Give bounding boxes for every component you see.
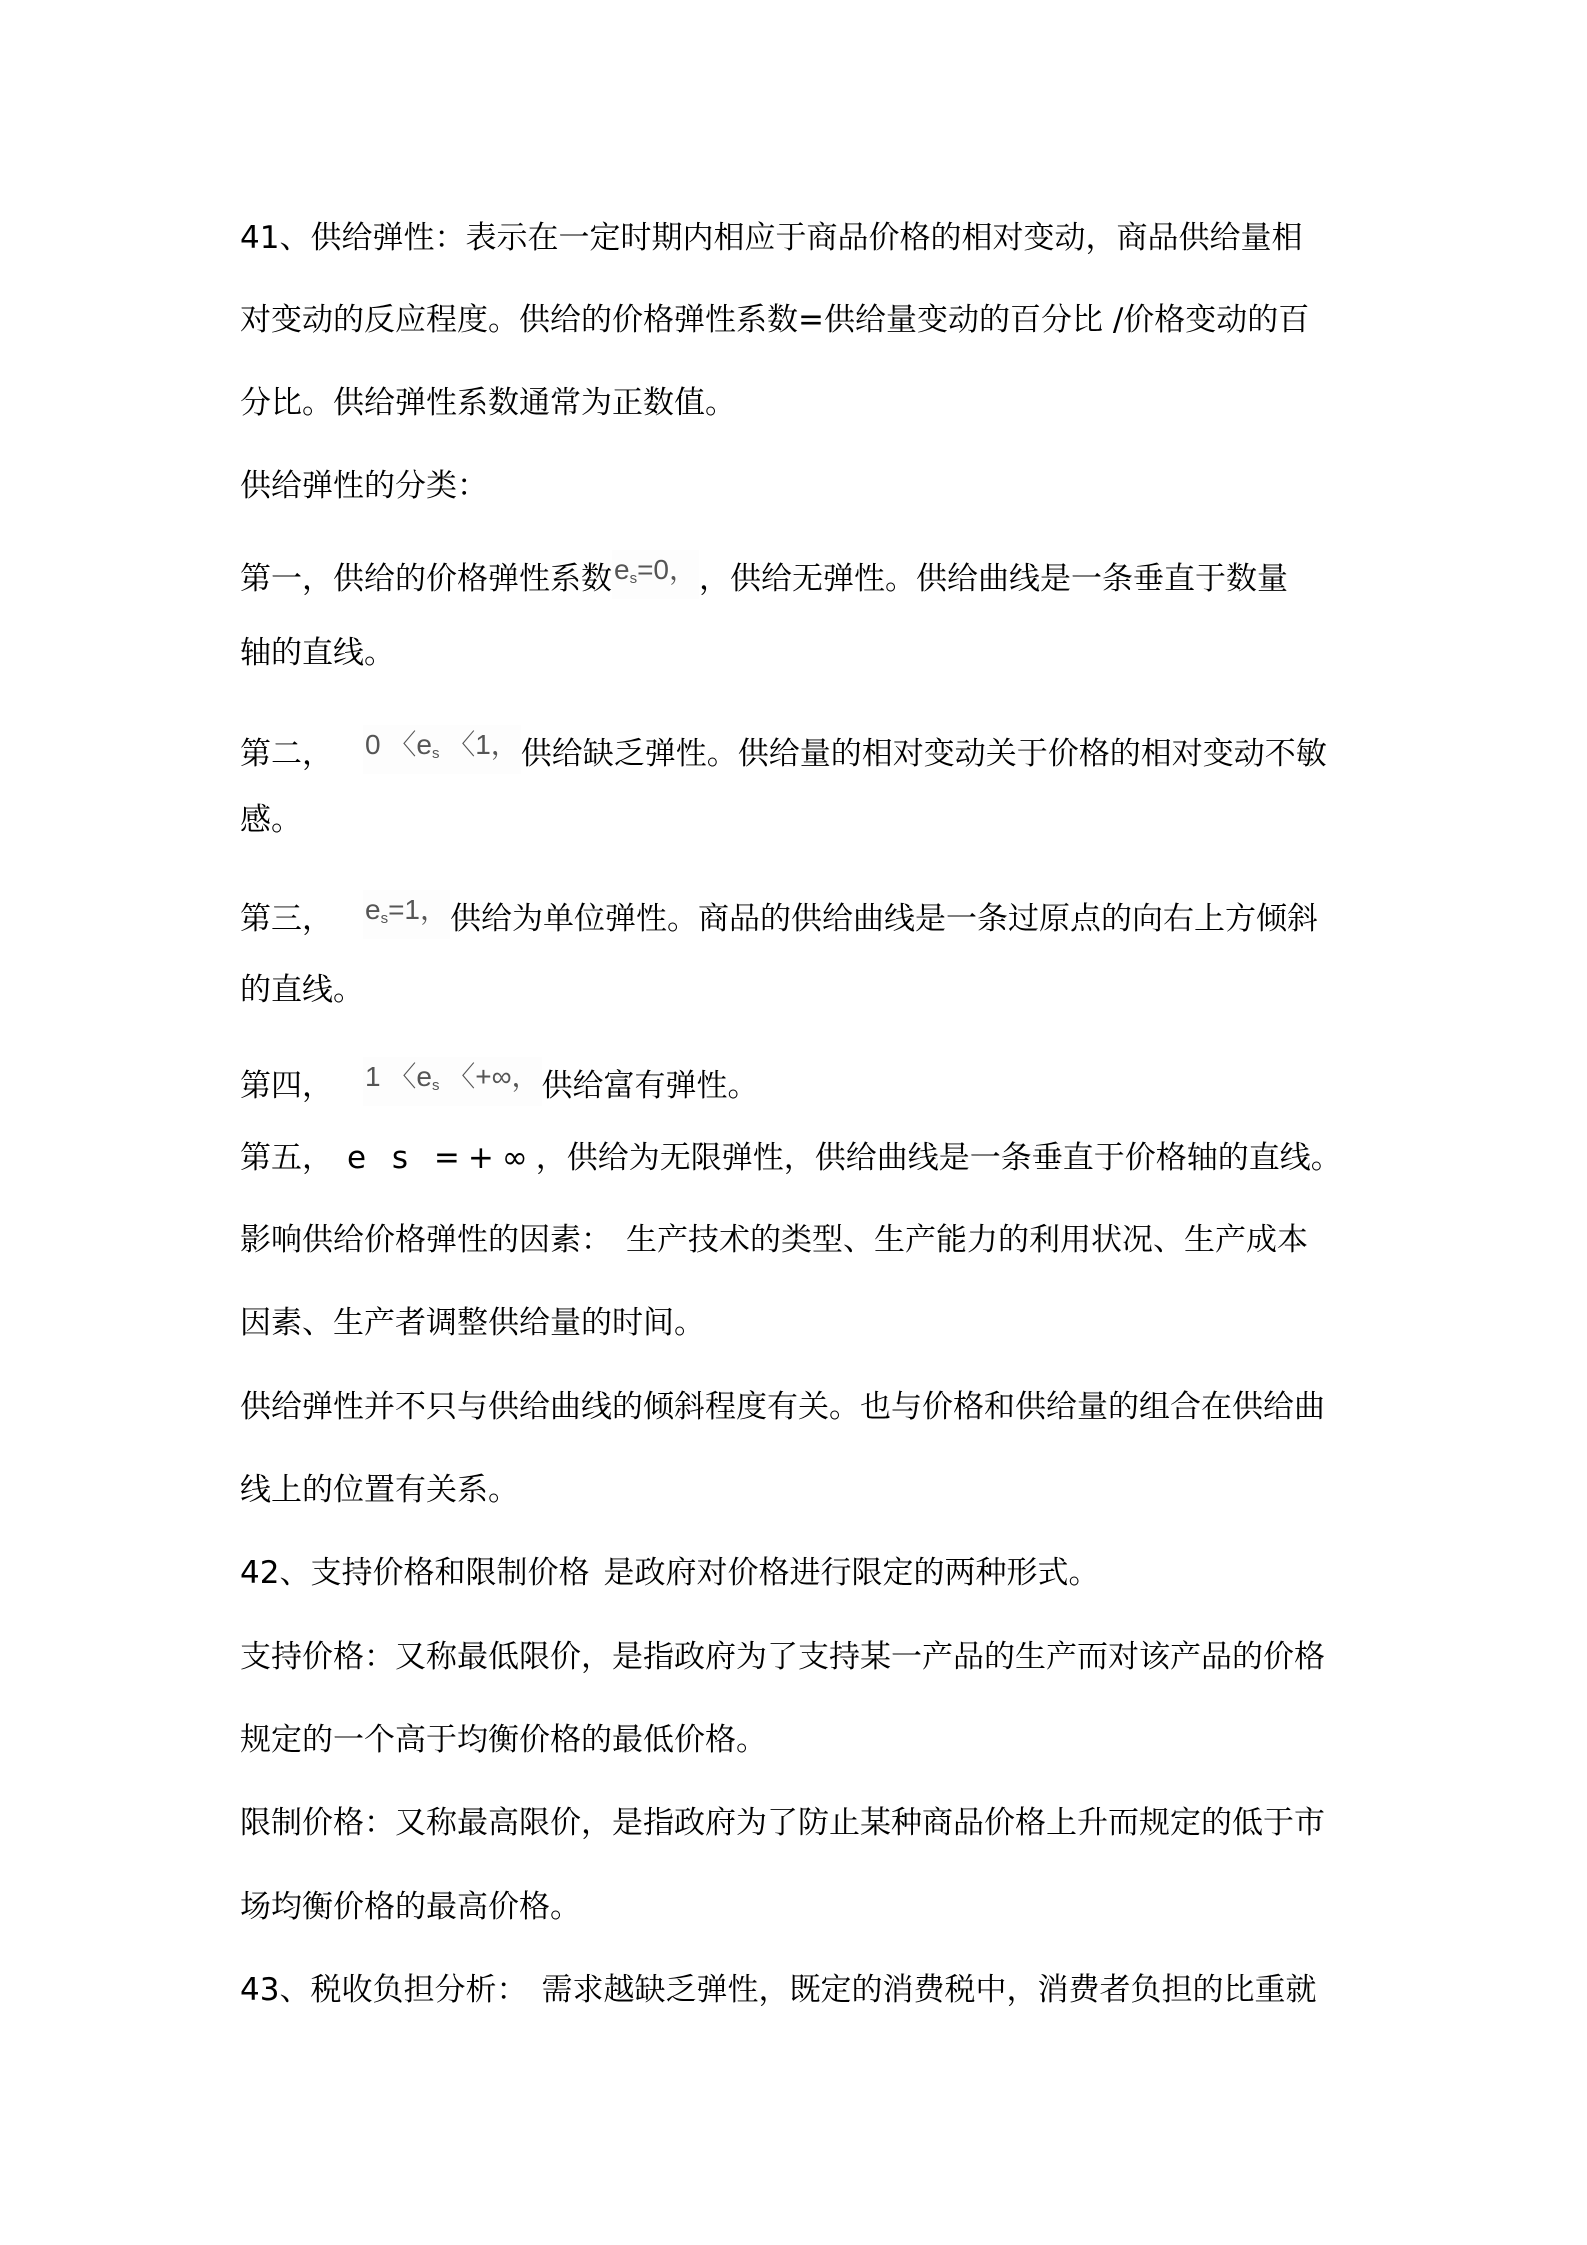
item-2-prefix: 第二， — [240, 736, 333, 772]
formula-1-lt-es-lt-infinity: 1 〈es 〈+∞， — [363, 1057, 542, 1106]
formula-text: e — [614, 554, 630, 585]
classification-item-2-cont: 感。 — [240, 800, 302, 840]
classification-item-2: 第二，0 〈es 〈1，供给缺乏弹性。供给量的相对变动关于价格的相对变动不敏 — [240, 725, 1327, 774]
classification-item-1-cont: 轴的直线。 — [240, 633, 395, 673]
formula-0-lt-es-lt-1: 0 〈es 〈1， — [363, 725, 521, 774]
support-price-line-1: 支持价格：又称最低限价，是指政府为了支持某一产品的生产而对该产品的价格 — [240, 1637, 1325, 1677]
heading-42-prefix: 42、支持价格和限制价格 — [240, 1555, 589, 1591]
elasticity-note-line-1: 供给弹性并不只与供给曲线的倾斜程度有关。也与价格和供给量的组合在供给曲 — [240, 1387, 1325, 1427]
item-1-prefix: 第一，供给的价格弹性系数 — [240, 561, 612, 597]
formula-es-equals-1: es=1， — [363, 890, 450, 939]
classification-item-3-cont: 的直线。 — [240, 970, 364, 1010]
factors-list: 生产技术的类型、生产能力的利用状况、生产成本 — [626, 1222, 1308, 1258]
item-5-prefix: 第五， — [240, 1140, 333, 1176]
item-2-suffix: 供给缺乏弹性。供给量的相对变动关于价格的相对变动不敏 — [521, 736, 1327, 772]
factors-line-2: 因素、生产者调整供给量的时间。 — [240, 1303, 705, 1343]
elasticity-note-line-2: 线上的位置有关系。 — [240, 1470, 519, 1510]
classification-heading: 供给弹性的分类： — [240, 466, 488, 506]
factors-line-1: 影响供给价格弹性的因素：生产技术的类型、生产能力的利用状况、生产成本 — [240, 1220, 1308, 1260]
heading-43-suffix: 需求越缺乏弹性，既定的消费税中，消费者负担的比重就 — [541, 1972, 1316, 2008]
item-3-prefix: 第三， — [240, 901, 333, 937]
item-4-prefix: 第四， — [240, 1068, 333, 1104]
factors-label: 影响供给价格弹性的因素： — [240, 1222, 612, 1258]
paragraph-41-line-3: 分比。供给弹性系数通常为正数值。 — [240, 383, 736, 423]
classification-item-5: 第五，e s =+∞，供给为无限弹性，供给曲线是一条垂直于价格轴的直线。 — [240, 1138, 1342, 1178]
formula-es-infinity: e s =+∞ — [347, 1140, 536, 1176]
formula-text: 0 〈e — [365, 729, 432, 760]
classification-item-1: 第一，供给的价格弹性系数es=0，，供给无弹性。供给曲线是一条垂直于数量 — [240, 550, 1288, 599]
formula-text: =0， — [637, 554, 697, 585]
item-1-suffix: ，供给无弹性。供给曲线是一条垂直于数量 — [699, 561, 1288, 597]
paragraph-42-heading: 42、支持价格和限制价格是政府对价格进行限定的两种形式。 — [240, 1553, 1099, 1593]
item-3-suffix: 供给为单位弹性。商品的供给曲线是一条过原点的向右上方倾斜 — [450, 901, 1318, 937]
formula-subscript: s — [381, 910, 389, 927]
formula-text: 〈1， — [439, 729, 518, 760]
document-page: 41、供给弹性：表示在一定时期内相应于商品价格的相对变动，商品供给量相 对变动的… — [0, 0, 1587, 2245]
classification-item-3: 第三，es=1，供给为单位弹性。商品的供给曲线是一条过原点的向右上方倾斜 — [240, 890, 1318, 939]
ceiling-price-line-2: 场均衡价格的最高价格。 — [240, 1887, 581, 1927]
paragraph-43-line-1: 43、税收负担分析：需求越缺乏弹性，既定的消费税中，消费者负担的比重就 — [240, 1970, 1316, 2010]
formula-text: e — [365, 894, 381, 925]
paragraph-41-line-2: 对变动的反应程度。供给的价格弹性系数=供给量变动的百分比 /价格变动的百 — [240, 300, 1309, 340]
support-price-line-2: 规定的一个高于均衡价格的最低价格。 — [240, 1720, 767, 1760]
formula-text: 〈+∞， — [439, 1061, 539, 1092]
classification-item-4: 第四，1 〈es 〈+∞，供给富有弹性。 — [240, 1057, 759, 1106]
item-5-suffix: ，供给为无限弹性，供给曲线是一条垂直于价格轴的直线。 — [536, 1140, 1342, 1176]
formula-text: 1 〈e — [365, 1061, 432, 1092]
paragraph-41-line-1: 41、供给弹性：表示在一定时期内相应于商品价格的相对变动，商品供给量相 — [240, 218, 1302, 258]
heading-42-suffix: 是政府对价格进行限定的两种形式。 — [603, 1555, 1099, 1591]
heading-43-prefix: 43、税收负担分析： — [240, 1972, 527, 2008]
formula-es-equals-0: es=0， — [612, 550, 699, 599]
ceiling-price-line-1: 限制价格：又称最高限价，是指政府为了防止某种商品价格上升而规定的低于市 — [240, 1803, 1325, 1843]
formula-subscript: s — [630, 570, 638, 587]
item-4-suffix: 供给富有弹性。 — [542, 1068, 759, 1104]
formula-text: =1， — [388, 894, 448, 925]
